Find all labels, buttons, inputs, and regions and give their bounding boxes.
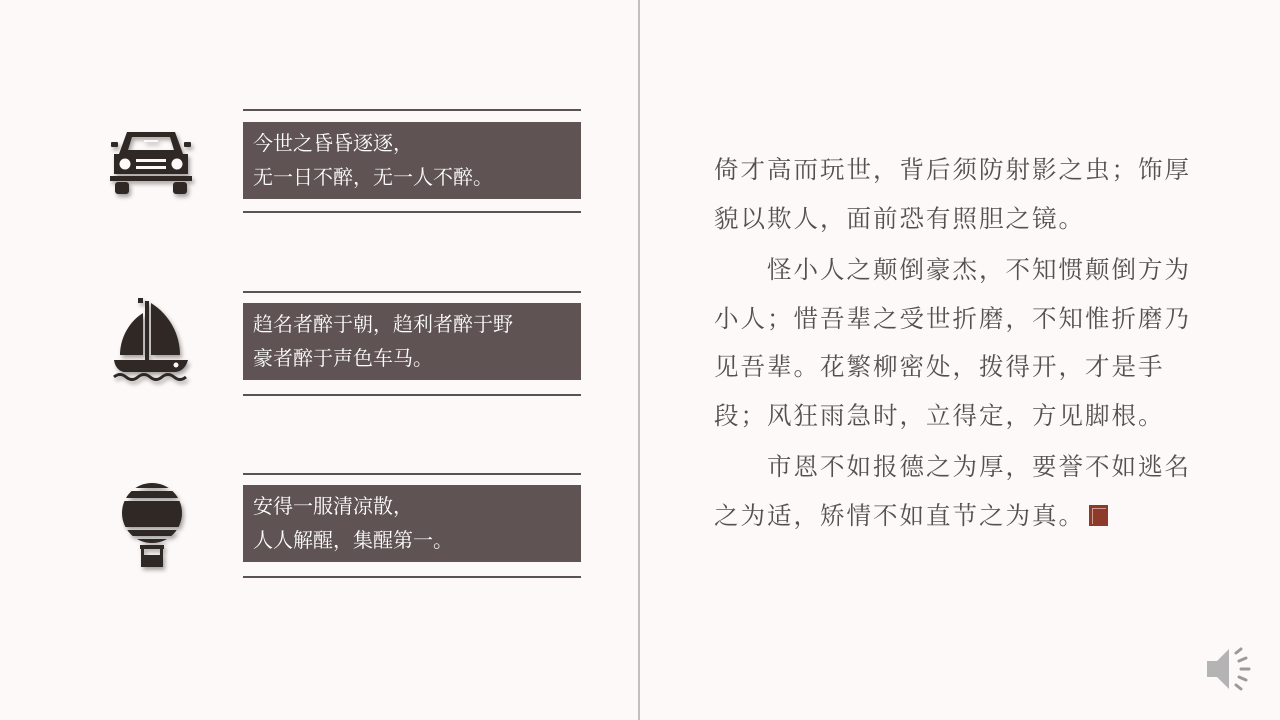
top-rule: [243, 473, 581, 475]
paragraph-1: 倚才高而玩世，背后须防射影之虫；饰厚貌以欺人，面前恐有照胆之镜。: [714, 146, 1214, 243]
top-rule: [243, 291, 581, 293]
quote-line: 趋名者醉于朝，趋利者醉于野: [253, 307, 581, 341]
red-seal-stamp-icon: [1089, 505, 1108, 526]
body-text: 倚才高而玩世，背后须防射影之虫；饰厚貌以欺人，面前恐有照胆之镜。 怪小人之颠倒豪…: [714, 146, 1214, 540]
vertical-divider: [638, 0, 640, 720]
slide: 今世之昏昏逐逐， 无一日不醉，无一人不醉。 趋名者醉于朝，趋利者醉于野 豪者醉于…: [0, 0, 1280, 720]
quote-line: 今世之昏昏逐逐，: [253, 126, 581, 160]
bottom-rule: [243, 576, 581, 578]
quote-line: 人人解醒，集醒第一。: [253, 523, 581, 557]
quote-line: 安得一服清凉散，: [253, 489, 581, 523]
top-rule: [243, 109, 581, 111]
hot-air-balloon-icon: [121, 482, 183, 568]
car-icon: [110, 128, 192, 196]
speaker-audio-icon[interactable]: [1205, 645, 1257, 693]
quote-box: 趋名者醉于朝，趋利者醉于野 豪者醉于声色车马。: [243, 303, 581, 380]
bottom-rule: [243, 394, 581, 396]
quote-box: 今世之昏昏逐逐， 无一日不醉，无一人不醉。: [243, 122, 581, 199]
bottom-rule: [243, 211, 581, 213]
paragraph-3: 市恩不如报德之为厚，要誉不如逃名之为适，矫情不如直节之为真。: [714, 443, 1214, 540]
quote-line: 无一日不醉，无一人不醉。: [253, 160, 581, 194]
sailboat-icon: [112, 297, 190, 383]
paragraph-2: 怪小人之颠倒豪杰，不知惯颠倒方为小人；惜吾辈之受世折磨，不知惟折磨乃见吾辈。花繁…: [714, 246, 1214, 440]
quote-line: 豪者醉于声色车马。: [253, 341, 581, 375]
quote-box: 安得一服清凉散， 人人解醒，集醒第一。: [243, 485, 581, 562]
